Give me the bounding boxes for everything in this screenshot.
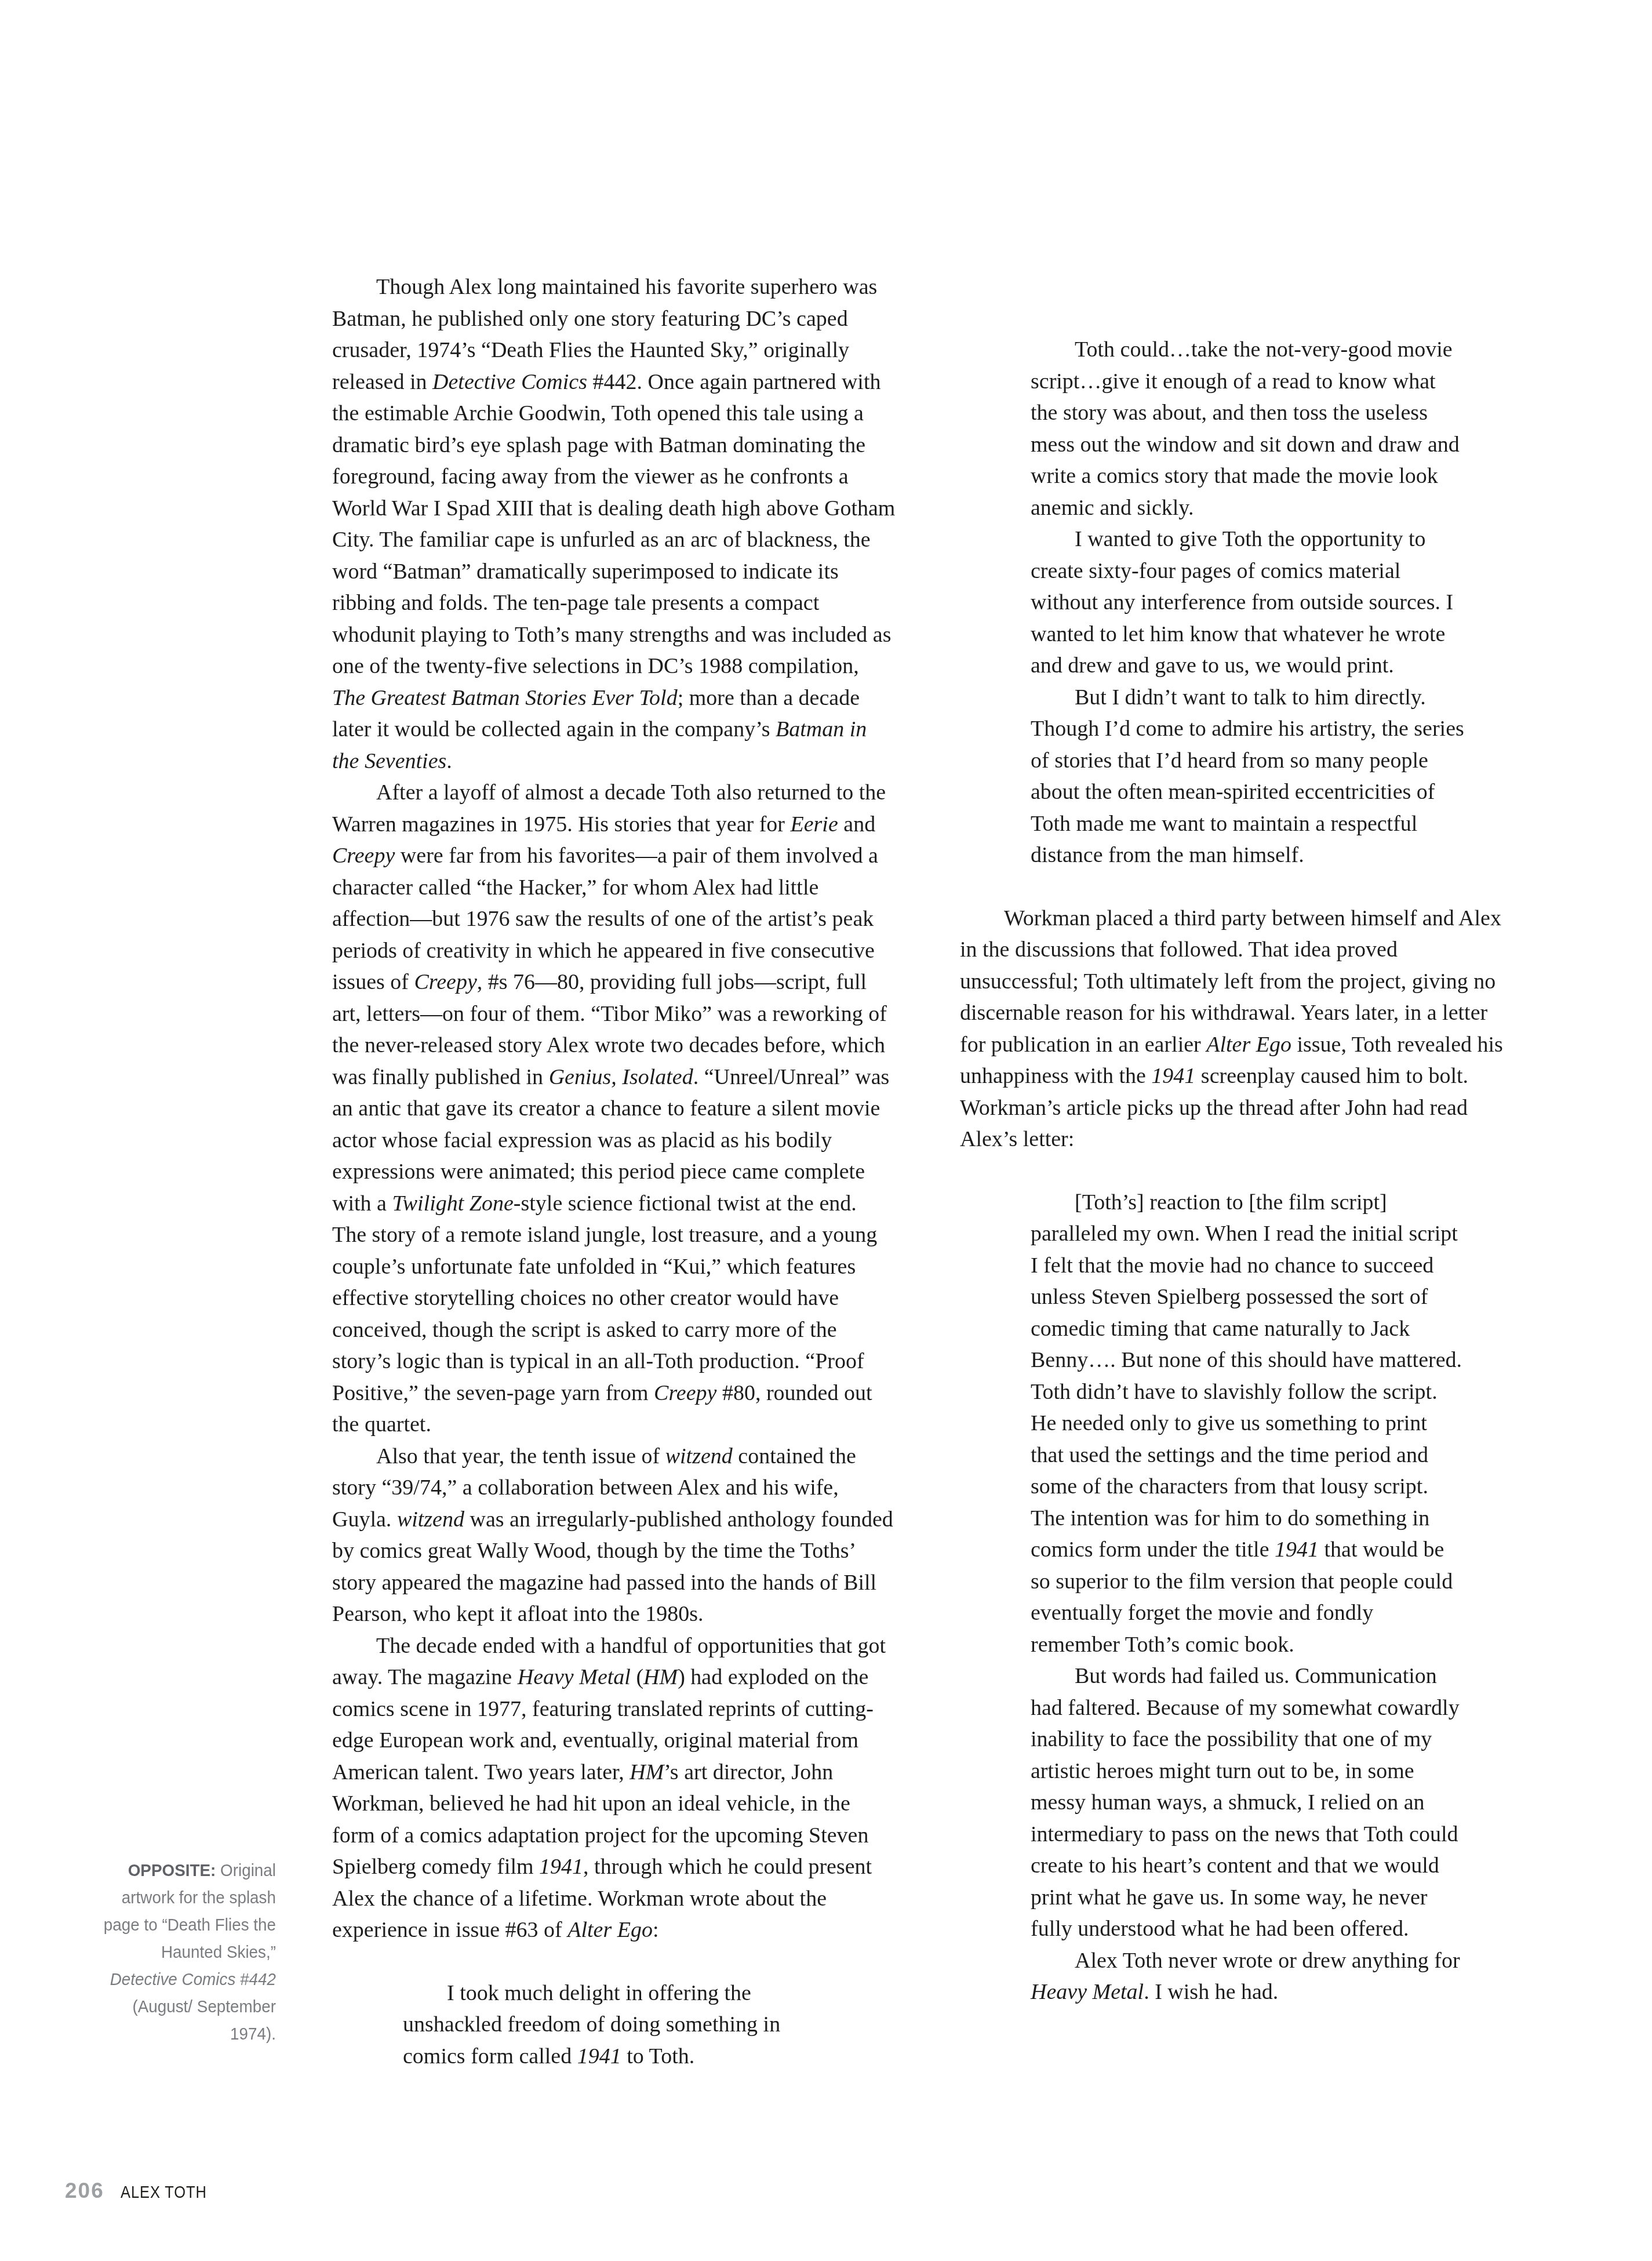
body-paragraph: Also that year, the tenth issue of witze… <box>332 1441 896 1630</box>
caption-label: OPPOSITE: <box>128 1862 216 1880</box>
text-run: : <box>653 1918 659 1942</box>
text-run: ( <box>631 1665 643 1689</box>
italic-run: Creepy <box>332 844 395 868</box>
italic-run: The Greatest Batman Stories Ever Told <box>332 686 678 710</box>
text-run: Also that year, the tenth issue of <box>376 1444 665 1468</box>
italic-run: Creepy <box>414 970 476 994</box>
left-text-column: Though Alex long maintained his favorite… <box>332 271 896 2072</box>
italic-run: HM <box>643 1665 678 1689</box>
italic-run: witzend <box>397 1507 464 1532</box>
book-page: OPPOSITE: Original artwork for the splas… <box>0 0 1652 2261</box>
italic-run: Eerie <box>790 812 838 837</box>
text-run: But words had failed us. Communication h… <box>1031 1664 1460 1941</box>
body-paragraph: The decade ended with a handful of oppor… <box>332 1630 896 1946</box>
blockquote-paragraph: I wanted to give Toth the opportunity to… <box>1031 524 1464 682</box>
caption-italic-title: Detective Comics #442 <box>110 1971 276 1989</box>
right-text-column: Toth could…take the not-very-good movie … <box>960 334 1512 2008</box>
text-run: Toth could…take the not-very-good movie … <box>1031 337 1460 520</box>
page-footer: 206 ALEX TOTH <box>65 2179 219 2203</box>
italic-run: Alter Ego <box>567 1918 653 1942</box>
text-run: . <box>446 749 452 773</box>
body-paragraph: Workman placed a third party between him… <box>960 903 1512 1155</box>
body-paragraph: Though Alex long maintained his favorite… <box>332 271 896 777</box>
blockquote-paragraph: But I didn’t want to talk to him directl… <box>1031 682 1464 871</box>
book-title: ALEX TOTH <box>121 2183 207 2202</box>
blockquote-paragraph: But words had failed us. Communication h… <box>1031 1660 1464 1945</box>
italic-run: Twilight Zone <box>392 1191 513 1216</box>
body-paragraph: After a layoff of almost a decade Toth a… <box>332 777 896 1441</box>
caption-tail: (August/ September 1974). <box>132 1998 276 2044</box>
italic-run: 1941 <box>1275 1537 1319 1562</box>
italic-run: Heavy Metal <box>1031 1980 1144 2004</box>
italic-run: Genius, Isolated <box>549 1065 693 1089</box>
blockquote-paragraph: Toth could…take the not-very-good movie … <box>1031 334 1464 524</box>
text-run: -style science fictional twist at the en… <box>332 1191 877 1405</box>
italic-run: witzend <box>665 1444 733 1468</box>
italic-run: 1941 <box>1151 1064 1195 1088</box>
text-run: to Toth. <box>621 2044 695 2069</box>
margin-caption: OPPOSITE: Original artwork for the splas… <box>92 1857 276 2048</box>
italic-run: HM <box>629 1760 664 1784</box>
text-run: #442. Once again partnered with the esti… <box>332 370 895 679</box>
text-run: and <box>838 812 875 837</box>
text-run: . I wish he had. <box>1144 1980 1278 2004</box>
italic-run: Alter Ego <box>1206 1033 1291 1057</box>
blockquote-paragraph: Alex Toth never wrote or drew anything f… <box>1031 1945 1464 2008</box>
page-number: 206 <box>65 2179 104 2203</box>
italic-run: Detective Comics <box>432 370 587 394</box>
blockquote-paragraph: I took much delight in offering the unsh… <box>403 1978 800 2073</box>
italic-run: Creepy <box>654 1381 716 1405</box>
text-run: Alex Toth never wrote or drew anything f… <box>1075 1949 1460 1973</box>
blockquote-paragraph: [Toth’s] reaction to [the film script] p… <box>1031 1187 1464 1661</box>
italic-run: 1941 <box>539 1855 583 1879</box>
text-run: But I didn’t want to talk to him directl… <box>1031 685 1464 868</box>
text-run: [Toth’s] reaction to [the film script] p… <box>1031 1190 1462 1562</box>
text-run: I wanted to give Toth the opportunity to… <box>1031 527 1453 678</box>
italic-run: 1941 <box>577 2044 621 2069</box>
italic-run: Heavy Metal <box>518 1665 631 1689</box>
